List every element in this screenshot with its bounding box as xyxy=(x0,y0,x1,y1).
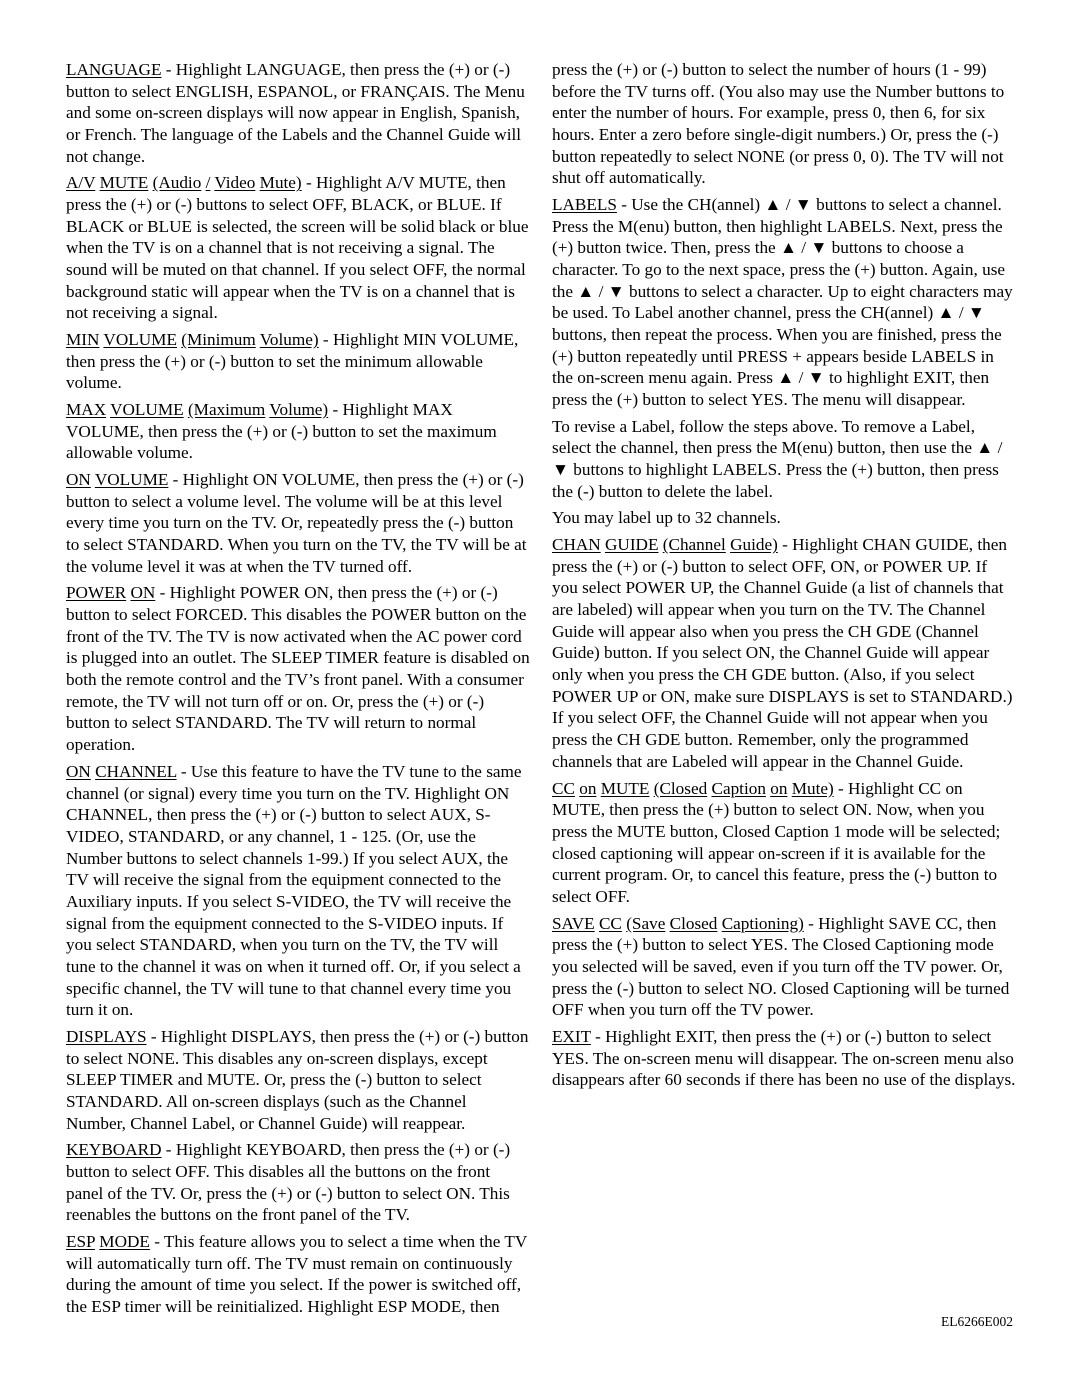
paragraph-power-on-body: - Highlight POWER ON, then press the (+)… xyxy=(66,583,530,754)
term-labels: LABELS xyxy=(552,195,617,214)
paragraph-av-mute-body: - Highlight A/V MUTE, then press the (+)… xyxy=(66,173,529,322)
paragraph-labels-limit: You may label up to 32 channels. xyxy=(552,507,1016,529)
paragraph-exit-body: - Highlight EXIT, then press the (+) or … xyxy=(552,1027,1015,1089)
paragraph-on-channel: ON CHANNEL - Use this feature to have th… xyxy=(66,761,530,1021)
right-column: press the (+) or (-) button to select th… xyxy=(552,59,1016,1323)
paragraph-on-channel-body: - Use this feature to have the TV tune t… xyxy=(66,762,522,1019)
paragraph-esp-mode: ESP MODE - This feature allows you to se… xyxy=(66,1231,530,1318)
term-on-volume: ON VOLUME xyxy=(66,470,168,489)
manual-page: { "document": { "footer_code": "EL6266E0… xyxy=(0,0,1080,1397)
term-on-channel: ON CHANNEL xyxy=(66,762,177,781)
paragraph-max-volume: MAX VOLUME (Maximum Volume) - Highlight … xyxy=(66,399,530,464)
paragraph-chan-guide-body: - Highlight CHAN GUIDE, then press the (… xyxy=(552,535,1012,771)
term-cc-on-mute: CC on MUTE (Closed Caption on Mute) xyxy=(552,779,834,798)
paragraph-keyboard: KEYBOARD - Highlight KEYBOARD, then pres… xyxy=(66,1139,530,1226)
term-save-cc: SAVE CC (Save Closed Captioning) xyxy=(552,914,804,933)
paragraph-cc-on-mute: CC on MUTE (Closed Caption on Mute) - Hi… xyxy=(552,778,1016,908)
paragraph-labels-revise: To revise a Label, follow the steps abov… xyxy=(552,416,1016,503)
paragraph-av-mute: A/V MUTE (Audio / Video Mute) - Highligh… xyxy=(66,172,530,324)
term-language: LANGUAGE xyxy=(66,60,161,79)
term-exit: EXIT xyxy=(552,1027,591,1046)
paragraph-power-on: POWER ON - Highlight POWER ON, then pres… xyxy=(66,582,530,755)
term-esp-mode: ESP MODE xyxy=(66,1232,150,1251)
paragraph-labels-body: - Use the CH(annel) ▲ / ▼ buttons to sel… xyxy=(552,195,1013,409)
paragraph-esp-mode-continued-body: press the (+) or (-) button to select th… xyxy=(552,60,1004,187)
paragraph-chan-guide: CHAN GUIDE (Channel Guide) - Highlight C… xyxy=(552,534,1016,772)
paragraph-labels: LABELS - Use the CH(annel) ▲ / ▼ buttons… xyxy=(552,194,1016,411)
paragraph-labels-limit-body: You may label up to 32 channels. xyxy=(552,508,781,527)
term-power-on: POWER ON xyxy=(66,583,155,602)
term-min-volume: MIN VOLUME (Minimum Volume) xyxy=(66,330,319,349)
paragraph-exit: EXIT - Highlight EXIT, then press the (+… xyxy=(552,1026,1016,1091)
term-keyboard: KEYBOARD xyxy=(66,1140,162,1159)
paragraph-labels-revise-body: To revise a Label, follow the steps abov… xyxy=(552,417,1002,501)
left-column: LANGUAGE - Highlight LANGUAGE, then pres… xyxy=(66,59,530,1323)
paragraph-min-volume: MIN VOLUME (Minimum Volume) - Highlight … xyxy=(66,329,530,394)
document-code: EL6266E002 xyxy=(941,1313,1013,1330)
term-displays: DISPLAYS xyxy=(66,1027,147,1046)
text-columns: LANGUAGE - Highlight LANGUAGE, then pres… xyxy=(66,59,1016,1323)
term-av-mute: A/V MUTE (Audio / Video Mute) xyxy=(66,173,302,192)
paragraph-language: LANGUAGE - Highlight LANGUAGE, then pres… xyxy=(66,59,530,167)
paragraph-on-volume: ON VOLUME - Highlight ON VOLUME, then pr… xyxy=(66,469,530,577)
paragraph-esp-mode-continued: press the (+) or (-) button to select th… xyxy=(552,59,1016,189)
paragraph-save-cc: SAVE CC (Save Closed Captioning) - Highl… xyxy=(552,913,1016,1021)
paragraph-displays: DISPLAYS - Highlight DISPLAYS, then pres… xyxy=(66,1026,530,1134)
term-max-volume: MAX VOLUME (Maximum Volume) xyxy=(66,400,328,419)
term-chan-guide: CHAN GUIDE (Channel Guide) xyxy=(552,535,778,554)
